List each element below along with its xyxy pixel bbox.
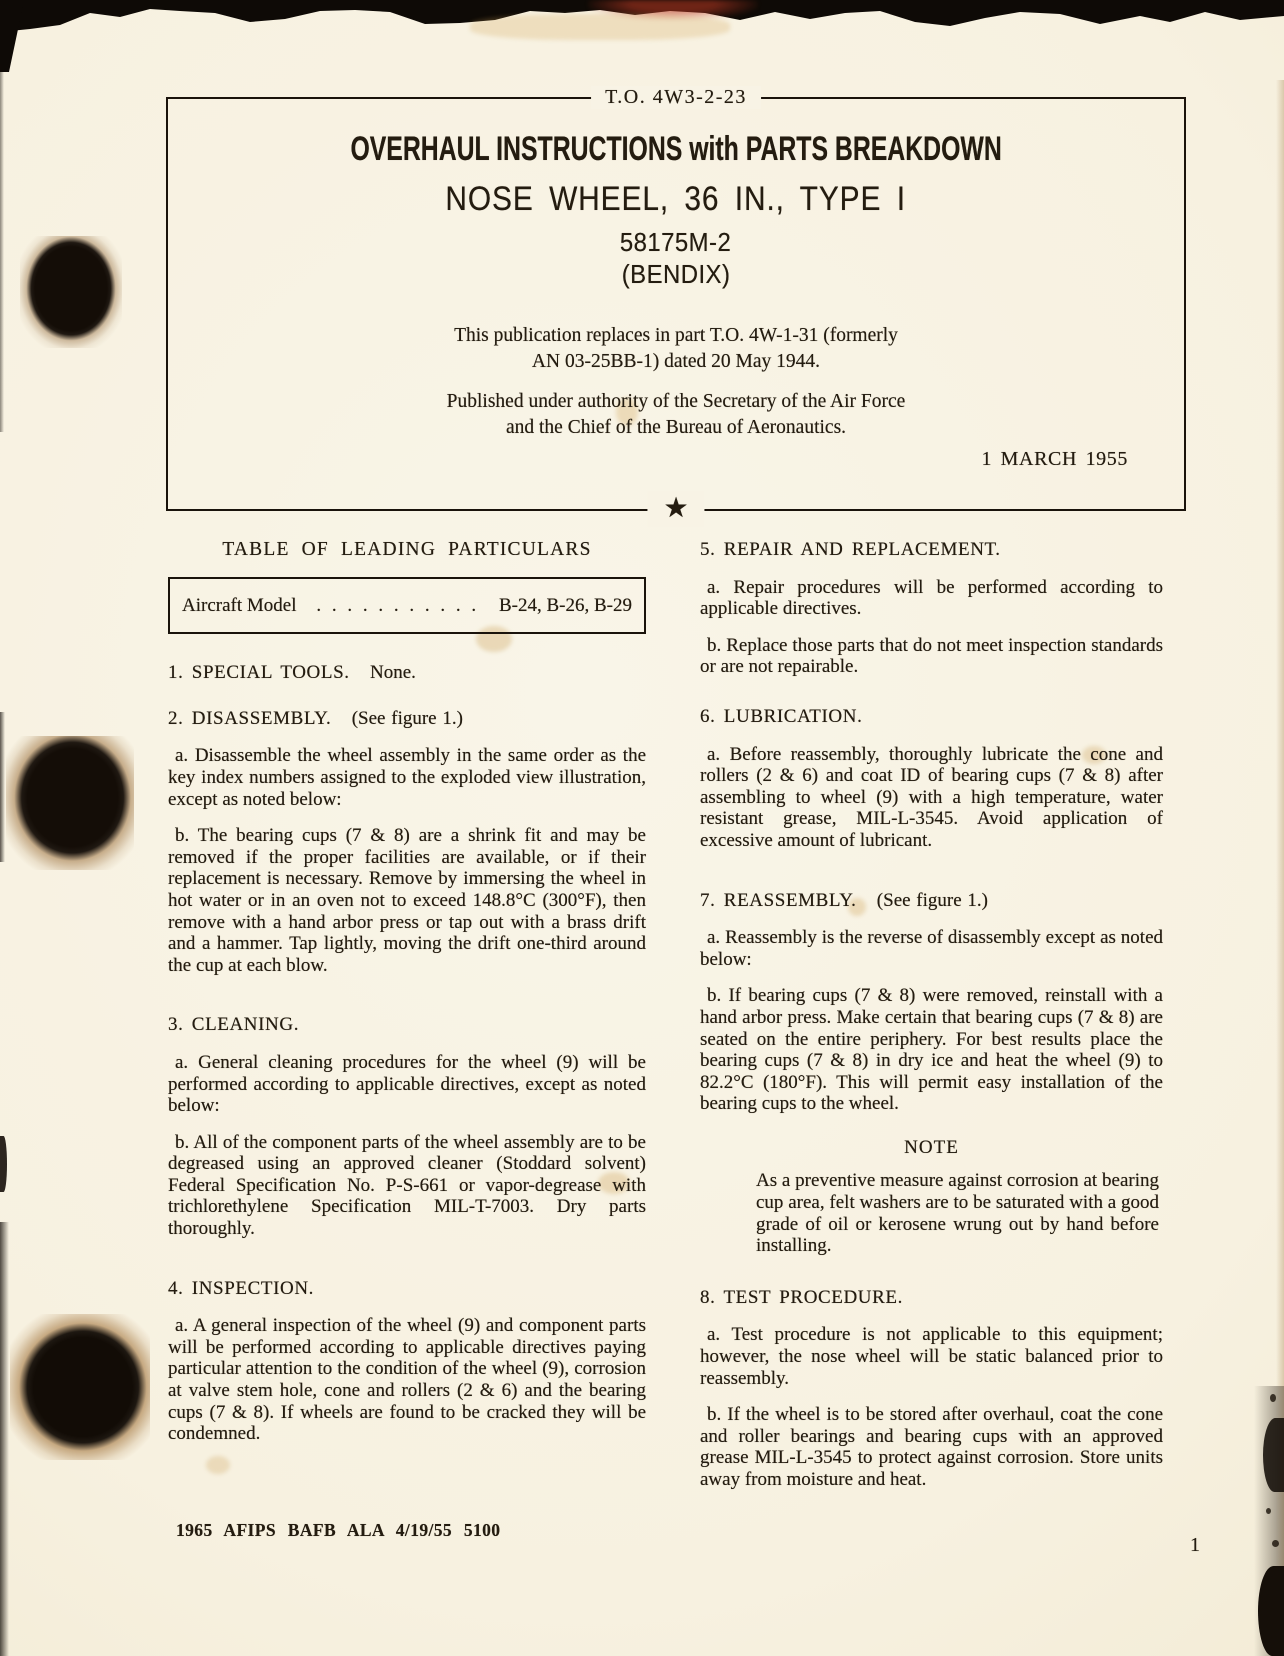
part-number-text: 58175M-2: [620, 227, 731, 257]
paragraph-2b: b. The bearing cups (7 & 8) are a shrink…: [168, 825, 646, 976]
paragraph-7a: a. Reassembly is the reverse of disassem…: [700, 927, 1163, 970]
scan-artifact-ink-blob-1: [20, 236, 122, 348]
scan-artifact-stain: [470, 14, 730, 40]
document-subtitle: NOSE WHEEL, 36 IN., TYPE I: [168, 179, 1184, 219]
manufacturer-name: (BENDIX): [168, 259, 1184, 289]
section-heading-2: 2. DISASSEMBLY. (See figure 1.): [168, 708, 646, 730]
section-6-title: 6. LUBRICATION.: [700, 706, 862, 727]
section-heading-7: 7. REASSEMBLY. (See figure 1.): [700, 890, 1163, 912]
replaces-notice: This publication replaces in part T.O. 4…: [168, 323, 1184, 375]
section-2-reference: (See figure 1.): [352, 708, 463, 729]
section-heading-5: 5. REPAIR AND REPLACEMENT.: [700, 539, 1163, 561]
section-heading-8: 8. TEST PROCEDURE.: [700, 1287, 1163, 1309]
scan-artifact-speck: [1270, 1394, 1276, 1402]
title-block-box: T.O. 4W3-2-23 OVERHAUL INSTRUCTIONS with…: [166, 97, 1186, 511]
page-number: 1: [1190, 1534, 1200, 1557]
section-7-reference: (See figure 1.): [877, 890, 988, 911]
print-control-line: 1965 AFIPS BAFB ALA 4/19/55 5100: [176, 1520, 500, 1541]
paragraph-8a: a. Test procedure is not applicable to t…: [700, 1324, 1163, 1389]
section-5-title: 5. REPAIR AND REPLACEMENT.: [700, 539, 1001, 560]
scan-artifact-right-edge-blob: [1258, 1566, 1284, 1656]
scan-artifact-left-edge-strip: [0, 64, 4, 432]
authority-notice: Published under authority of the Secreta…: [168, 389, 1184, 441]
section-heading-4: 4. INSPECTION.: [168, 1278, 646, 1300]
dot-leader: . . . . . . . . . . .: [296, 595, 499, 617]
star-icon: ★: [647, 491, 704, 527]
scan-artifact-left-edge-mark: [0, 1136, 7, 1192]
scan-artifact-speck: [1272, 1540, 1279, 1547]
section-2-title: 2. DISASSEMBLY.: [168, 708, 331, 729]
aircraft-model-value: B-24, B-26, B-29: [499, 595, 632, 617]
paragraph-8b: b. If the wheel is to be stored after ov…: [700, 1404, 1163, 1490]
scan-artifact-left-edge-strip: [0, 712, 5, 862]
paragraph-3a: a. General cleaning procedures for the w…: [168, 1052, 646, 1117]
scan-artifact-speck: [1266, 1508, 1271, 1514]
paragraph-3b: b. All of the component parts of the whe…: [168, 1132, 646, 1240]
section-7-title: 7. REASSEMBLY.: [700, 890, 856, 911]
scan-artifact-ink-blob-3: [10, 1314, 150, 1460]
section-8-title: 8. TEST PROCEDURE.: [700, 1287, 903, 1308]
scan-artifact-ink-blob-2: [6, 736, 134, 870]
paragraph-2a: a. Disassemble the wheel assembly in the…: [168, 745, 646, 810]
paragraph-6a: a. Before reassembly, thoroughly lubrica…: [700, 744, 1163, 852]
document-title: OVERHAUL INSTRUCTIONS with PARTS BREAKDO…: [168, 129, 1184, 169]
section-4-title: 4. INSPECTION.: [168, 1278, 314, 1299]
leading-particulars-title: TABLE OF LEADING PARTICULARS: [168, 539, 646, 561]
scan-artifact-top-left-corner: [0, 0, 24, 72]
aircraft-model-table: Aircraft Model . . . . . . . . . . . B-2…: [168, 577, 646, 635]
note-heading: NOTE: [700, 1137, 1163, 1159]
part-number: 58175M-2: [168, 227, 1184, 257]
section-heading-6: 6. LUBRICATION.: [700, 706, 1163, 728]
document-subtitle-text: NOSE WHEEL, 36 IN., TYPE I: [446, 179, 907, 219]
section-heading-3: 3. CLEANING.: [168, 1014, 646, 1036]
aircraft-model-label: Aircraft Model: [182, 595, 296, 617]
paragraph-5b: b. Replace those parts that do not meet …: [700, 635, 1163, 678]
manufacturer-name-text: (BENDIX): [622, 259, 731, 289]
section-1-value: None.: [370, 662, 416, 683]
paragraph-4a: a. A general inspection of the wheel (9)…: [168, 1315, 646, 1445]
scanned-document-page: T.O. 4W3-2-23 OVERHAUL INSTRUCTIONS with…: [0, 0, 1284, 1656]
right-column: 5. REPAIR AND REPLACEMENT. a. Repair pro…: [700, 537, 1163, 1506]
paragraph-5a: a. Repair procedures will be performed a…: [700, 577, 1163, 620]
left-column: TABLE OF LEADING PARTICULARS Aircraft Mo…: [168, 537, 646, 1460]
section-1-title: 1. SPECIAL TOOLS.: [168, 662, 350, 683]
technical-order-number: T.O. 4W3-2-23: [591, 86, 761, 109]
scan-artifact-left-edge-strip: [0, 1222, 9, 1656]
note-body: As a preventive measure against corrosio…: [756, 1170, 1159, 1256]
paragraph-7b: b. If bearing cups (7 & 8) were removed,…: [700, 985, 1163, 1115]
scan-artifact-right-edge-blob: [1263, 1418, 1284, 1492]
section-3-title: 3. CLEANING.: [168, 1014, 299, 1035]
document-title-text: OVERHAUL INSTRUCTIONS with PARTS BREAKDO…: [350, 129, 1001, 169]
section-heading-1: 1. SPECIAL TOOLS. None.: [168, 662, 646, 684]
publication-date: 1 MARCH 1955: [981, 448, 1128, 471]
